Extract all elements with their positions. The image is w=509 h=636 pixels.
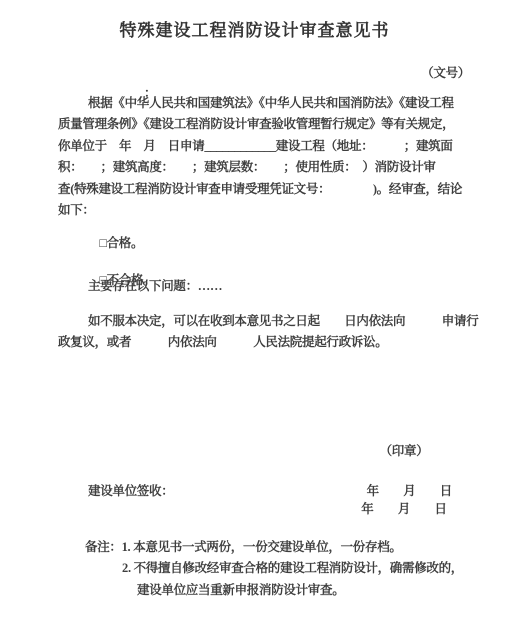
- note-line: 建设单位应当重新申报消防设计审查。: [85, 580, 485, 601]
- appeal-line: 如不服本决定，可以在收到本意见书之日起 日内依法向 申请行: [58, 311, 478, 332]
- appeal-paragraph: 如不服本决定，可以在收到本意见书之日起 日内依法向 申请行 政复议，或者 内依法…: [58, 311, 478, 354]
- paragraph-line: 质量管理条例》《建设工程消防设计审查验收管理暂行规定》等有关规定，: [58, 114, 478, 135]
- notes-block: 备注：1. 本意见书一式两份，一份交建设单位，一份存档。 2. 不得擅自修改经审…: [85, 537, 485, 601]
- body-paragraph: 根据《中华人民共和国建筑法》《中华人民共和国消防法》《建设工程 质量管理条例》《…: [58, 93, 478, 221]
- paragraph-line: 积： ；建筑高度： ；建筑层数： ；使用性质： ）消防设计审: [58, 157, 478, 178]
- note-line: 2. 不得擅自修改经审查合格的建设工程消防设计，确需修改的，: [85, 558, 485, 579]
- document-page: 特殊建设工程消防设计审查意见书 （文号） ： 根据《中华人民共和国建筑法》《中华…: [0, 0, 509, 636]
- sign-receipt-label: 建设单位签收：: [88, 481, 173, 499]
- seal-date: 年 月 日: [359, 500, 449, 519]
- paragraph-line: 根据《中华人民共和国建筑法》《中华人民共和国消防法》《建设工程: [58, 93, 478, 114]
- document-title: 特殊建设工程消防设计审查意见书: [0, 16, 509, 41]
- checkbox-pass-icon[interactable]: □: [99, 236, 106, 250]
- option-pass-label: 合格。: [107, 236, 144, 250]
- sign-receipt-date: 年 月 日: [367, 481, 452, 499]
- seal-placeholder-label: （印章）: [359, 442, 449, 461]
- fail-issues-note: 主要存在以下问题：……: [88, 276, 222, 294]
- paragraph-line: 你单位于 年 月 日申请____________建设工程（地址： ；建筑面: [58, 136, 478, 157]
- note-line: 备注：1. 本意见书一式两份，一份交建设单位，一份存档。: [85, 537, 485, 558]
- paragraph-line: 查(特殊建设工程消防设计审查申请受理凭证文号： )。经审查，结论: [58, 179, 478, 200]
- appeal-line: 政复议，或者 内依法向 人民法院提起行政诉讼。: [58, 332, 478, 353]
- doc-number-label: （文号）: [421, 63, 470, 81]
